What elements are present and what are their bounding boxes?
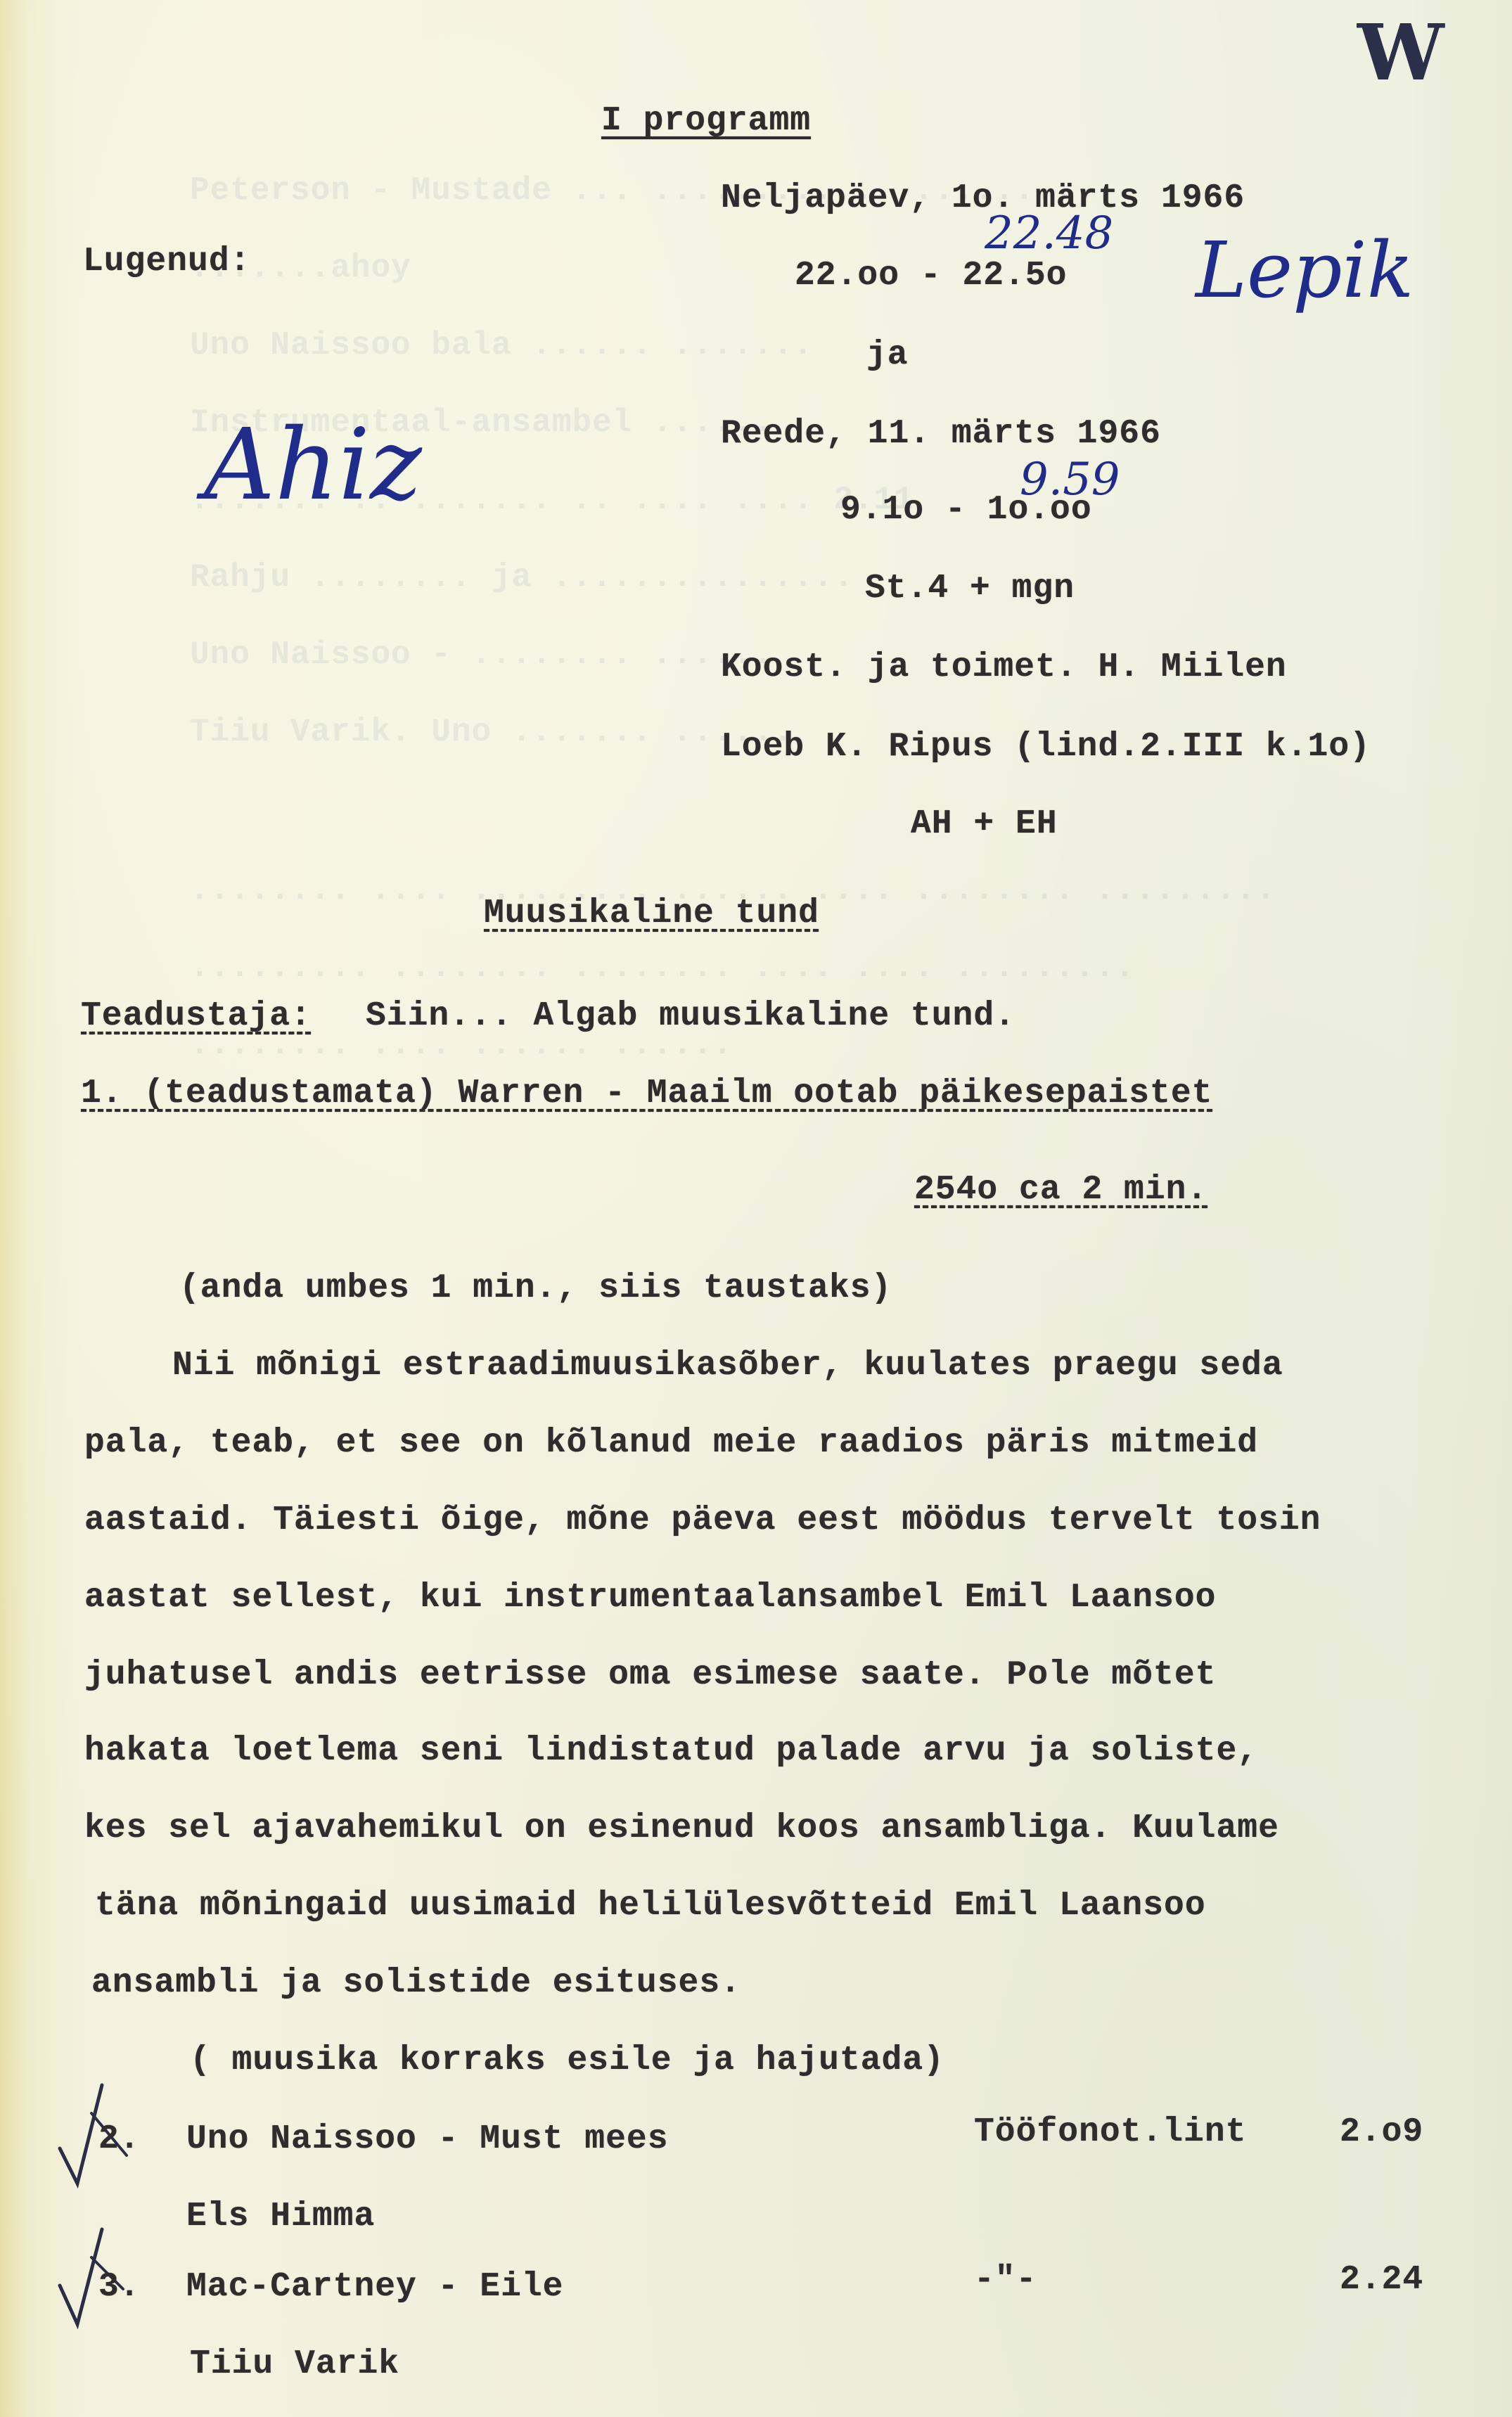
track-3-duration: 2.24 bbox=[1340, 2261, 1423, 2299]
bleed-through-text: ......... ........ ........ .... .... ..… bbox=[190, 949, 1135, 986]
paragraph-line: pala, teab, et see on kõlanud meie raadi… bbox=[84, 1424, 1258, 1462]
paragraph-line: aastaid. Täiesti õige, mõne päeva eest m… bbox=[84, 1501, 1321, 1539]
handwritten-signature-lepik: Lepik bbox=[1196, 225, 1414, 315]
item-1-line: 1. (teadustamata) Warren - Maailm ootab … bbox=[81, 1075, 1212, 1113]
music-direction-note: ( muusika korraks esile ja hajutada) bbox=[190, 2041, 944, 2079]
broadcast-date-2: Reede, 11. märts 1966 bbox=[721, 415, 1161, 453]
track-2-duration: 2.o9 bbox=[1340, 2113, 1423, 2151]
item-1-note: (anda umbes 1 min., siis taustaks) bbox=[179, 1269, 892, 1307]
track-3-number: 3. bbox=[98, 2268, 141, 2306]
announcer-label: Teadustaja: bbox=[81, 997, 312, 1035]
broadcast-date-1: Neljapäev, 1o. märts 1966 bbox=[721, 179, 1245, 217]
handwritten-signature-left: Ahiz bbox=[204, 408, 422, 522]
paragraph-line: juhatusel andis eetrisse oma esimese saa… bbox=[84, 1656, 1216, 1694]
initials: AH + EH bbox=[911, 805, 1058, 843]
track-2-number: 2. bbox=[98, 2120, 141, 2158]
paragraph-line: Nii mõnigi estraadimuusikasõber, kuulate… bbox=[172, 1347, 1283, 1385]
compiled-by: Koost. ja toimet. H. Miilen bbox=[721, 648, 1287, 686]
announcer-text: Siin... Algab muusikaline tund. bbox=[366, 997, 1016, 1035]
track-3-source: -"- bbox=[974, 2261, 1037, 2299]
paragraph-line: täna mõningaid uusimaid helilülesvõtteid… bbox=[95, 1887, 1206, 1925]
paragraph-line: aastat sellest, kui instrumentaalansambe… bbox=[84, 1579, 1216, 1617]
studio-info: St.4 + mgn bbox=[865, 570, 1075, 608]
conjunction-ja: ja bbox=[866, 336, 909, 374]
corner-initial-mark: W bbox=[1357, 7, 1444, 98]
paragraph-line: ansambli ja solistide esituses. bbox=[91, 1964, 741, 2002]
handwritten-actual-time-1: 22.48 bbox=[985, 207, 1113, 259]
bleed-through-text: Uno Naissoo bala ...... ....... bbox=[190, 327, 814, 364]
broadcast-time-1: 22.oo - 22.5o bbox=[795, 257, 1067, 295]
lugenud-label: Lugenud: bbox=[83, 243, 250, 281]
bleed-through-text: Tiiu Varik. Uno ....... ...... bbox=[190, 714, 793, 750]
track-2-title: Uno Naissoo - Must mees bbox=[186, 2120, 669, 2158]
paragraph-line: hakata loetlema seni lindistatud palade … bbox=[84, 1732, 1258, 1770]
bleed-through-text: Uno Naissoo - ........ ...... bbox=[190, 636, 774, 673]
broadcast-time-2: 9.1o - 1o.oo bbox=[840, 491, 1092, 529]
track-3-performer: Tiiu Varik bbox=[190, 2345, 399, 2383]
read-by: Loeb K. Ripus (lind.2.III k.1o) bbox=[721, 728, 1371, 766]
track-2-source: Tööfonot.lint bbox=[974, 2113, 1246, 2151]
item-1-reference: 254o ca 2 min. bbox=[914, 1171, 1207, 1209]
section-title: Muusikaline tund bbox=[484, 895, 819, 932]
track-2-performer: Els Himma bbox=[186, 2198, 375, 2236]
track-3-title: Mac-Cartney - Eile bbox=[186, 2268, 563, 2306]
paragraph-line: kes sel ajavahemikul on esinenud koos an… bbox=[84, 1809, 1279, 1847]
bleed-through-text: Rahju ........ ja ............... bbox=[190, 559, 854, 596]
program-title: I programm bbox=[601, 102, 811, 140]
